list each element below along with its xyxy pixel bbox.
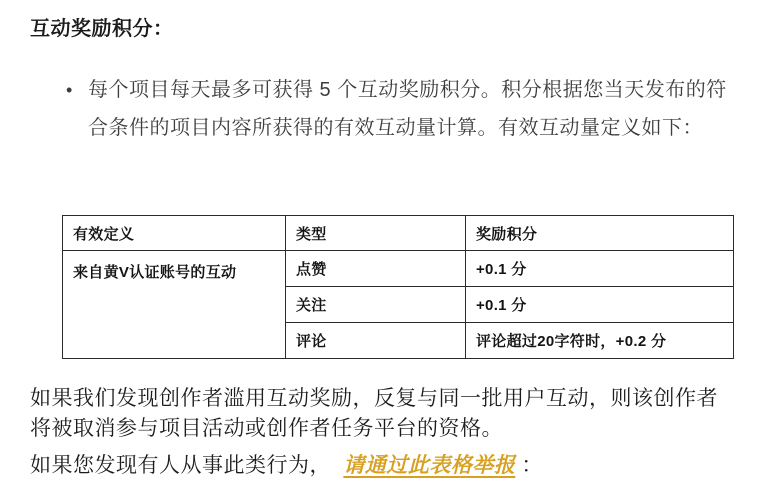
report-instruction: 如果您发现有人从事此类行为， 请通过此表格举报： — [30, 451, 732, 481]
report-suffix-text: ： — [521, 454, 543, 477]
type-cell-follow: 关注 — [286, 287, 466, 323]
bullet-icon: • — [66, 71, 88, 109]
header-reward-points: 奖励积分 — [466, 216, 734, 251]
bullet-list-item: • 每个项目每天最多可获得 5 个互动奖励积分。积分根据您当天发布的符合条件的项… — [66, 71, 738, 147]
rewards-table: 有效定义 类型 奖励积分 来自黄V认证账号的互动 点赞 +0.1 分 关注 +0… — [62, 215, 734, 359]
points-cell-like: +0.1 分 — [466, 251, 734, 287]
page-title: 互动奖励积分： — [30, 12, 174, 41]
type-cell-like: 点赞 — [286, 251, 466, 287]
table-header-row: 有效定义 类型 奖励积分 — [63, 216, 734, 251]
footer-text-block: 如果我们发现创作者滥用互动奖励，反复与同一批用户互动，则该创作者将被取消参与项目… — [30, 384, 732, 481]
header-valid-definition: 有效定义 — [63, 216, 286, 251]
report-prefix-text: 如果您发现有人从事此类行为， — [30, 454, 331, 477]
points-cell-comment: 评论超过20字符时，+0.2 分 — [466, 323, 734, 359]
definition-cell: 来自黄V认证账号的互动 — [63, 251, 286, 359]
report-form-link[interactable]: 请通过此表格举报 — [337, 454, 521, 477]
table-row: 来自黄V认证账号的互动 点赞 +0.1 分 — [63, 251, 734, 287]
points-cell-follow: +0.1 分 — [466, 287, 734, 323]
abuse-warning-text: 如果我们发现创作者滥用互动奖励，反复与同一批用户互动，则该创作者将被取消参与项目… — [30, 384, 732, 444]
bullet-text: 每个项目每天最多可获得 5 个互动奖励积分。积分根据您当天发布的符合条件的项目内… — [88, 71, 738, 147]
type-cell-comment: 评论 — [286, 323, 466, 359]
header-type: 类型 — [286, 216, 466, 251]
